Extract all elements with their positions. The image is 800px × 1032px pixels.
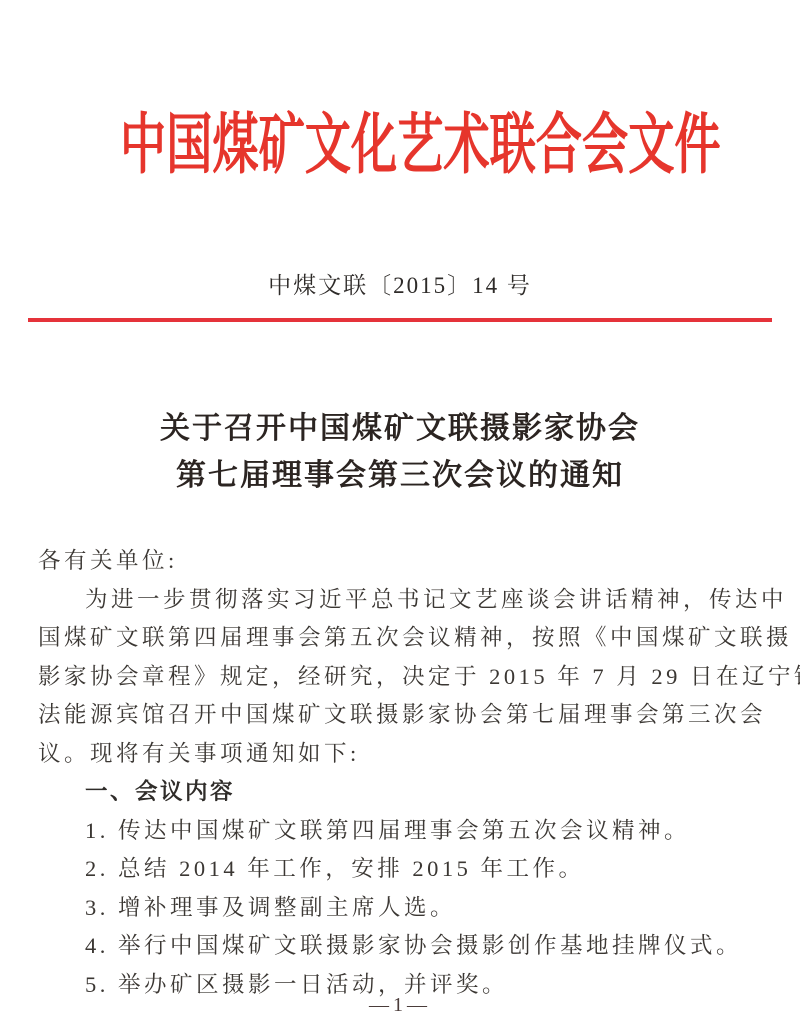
paragraph-line: 议。现将有关事项通知如下:: [38, 735, 770, 774]
doc-title: 关于召开中国煤矿文联摄影家协会 第七届理事会第三次会议的通知: [0, 405, 800, 499]
salutation: 各有关单位:: [38, 542, 770, 581]
paragraph-line: 国煤矿文联第四届理事会第五次会议精神，按照《中国煤矿文联摄: [38, 619, 770, 658]
doc-number: 中煤文联〔2015〕14 号: [0, 270, 800, 302]
paragraph-line: 影家协会章程》规定，经研究，决定于 2015 年 7 月 29 日在辽宁铁: [38, 658, 770, 697]
doc-body: 各有关单位: 为进一步贯彻落实习近平总书记文艺座谈会讲话精神，传达中 国煤矿文联…: [38, 542, 770, 1004]
paragraph-line: 法能源宾馆召开中国煤矿文联摄影家协会第七届理事会第三次会: [38, 696, 770, 735]
paragraph-line: 为进一步贯彻落实习近平总书记文艺座谈会讲话精神，传达中: [38, 581, 770, 620]
section-heading-meeting-content: 一、会议内容: [38, 773, 770, 812]
page-number: —1—: [0, 994, 800, 1017]
org-header-title: 中国煤矿文化艺术联合会文件: [120, 100, 680, 192]
list-item: 2. 总结 2014 年工作，安排 2015 年工作。: [38, 850, 770, 889]
doc-title-line1: 关于召开中国煤矿文联摄影家协会: [0, 405, 800, 452]
list-item: 4. 举行中国煤矿文联摄影家协会摄影创作基地挂牌仪式。: [38, 927, 770, 966]
scanned-document-page: 中国煤矿文化艺术联合会文件 中煤文联〔2015〕14 号 关于召开中国煤矿文联摄…: [0, 0, 800, 1032]
doc-title-line2: 第七届理事会第三次会议的通知: [0, 452, 800, 499]
red-divider-rule: [28, 318, 772, 322]
list-item: 1. 传达中国煤矿文联第四届理事会第五次会议精神。: [38, 812, 770, 851]
list-item: 3. 增补理事及调整副主席人选。: [38, 889, 770, 928]
